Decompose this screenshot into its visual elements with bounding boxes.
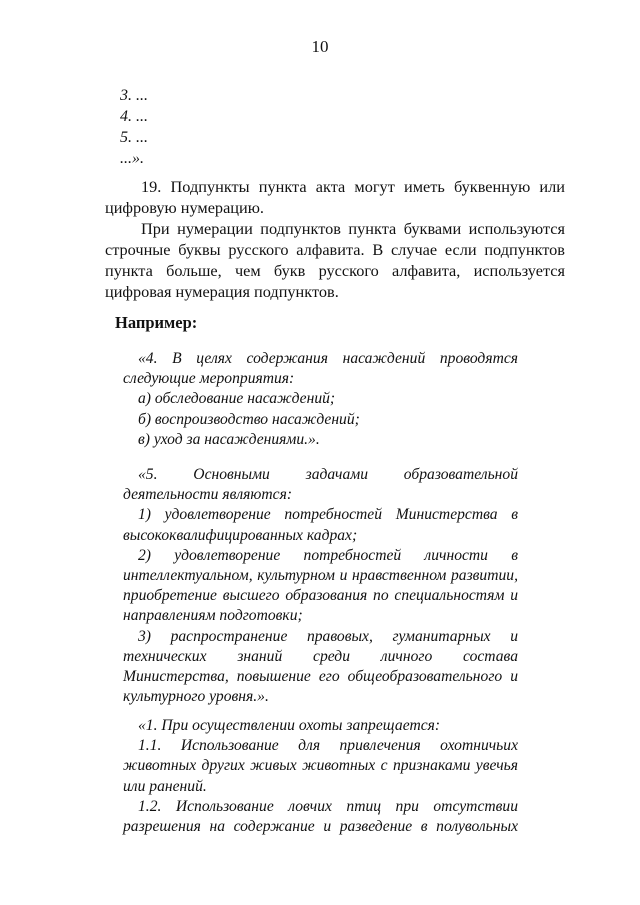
example-heading: Например: — [115, 313, 197, 333]
example-item: 1) удовлетворение потребностей Министерс… — [123, 505, 518, 545]
section-19: 19. Подпункты пункта акта могут иметь бу… — [105, 176, 565, 302]
example-item: а) обследование насаждений; — [123, 389, 518, 409]
example-intro: «5. Основными задачами образовательной д… — [123, 465, 518, 505]
list-continuation: 3. ... 4. ... 5. ... ...». — [120, 85, 148, 169]
list-item: 4. ... — [120, 106, 148, 127]
example-item: в) уход за насаждениями.». — [123, 430, 518, 450]
example-1: «4. В целях содержания насаждений провод… — [123, 349, 518, 450]
example-2: «5. Основными задачами образовательной д… — [123, 465, 518, 707]
list-item: 3. ... — [120, 85, 148, 106]
list-item: ...». — [120, 148, 148, 169]
paragraph: 19. Подпункты пункта акта могут иметь бу… — [105, 176, 565, 218]
example-item: 3) распространение правовых, гуманитарны… — [123, 627, 518, 708]
example-item: 2) удовлетворение потребностей личности … — [123, 546, 518, 627]
paragraph: При нумерации подпунктов пункта буквами … — [105, 218, 565, 302]
example-item: б) воспроизводство насаждений; — [123, 410, 518, 430]
example-3: «1. При осуществлении охоты запрещается:… — [123, 716, 518, 837]
example-item: 1.1. Использование для привлечения охотн… — [123, 736, 518, 797]
list-item: 5. ... — [120, 127, 148, 148]
page-number: 10 — [0, 37, 640, 57]
example-item: 1.2. Использование ловчих птиц при отсут… — [123, 797, 518, 837]
example-intro: «1. При осуществлении охоты запрещается: — [123, 716, 518, 736]
document-page: 10 3. ... 4. ... 5. ... ...». 19. Подпун… — [0, 0, 640, 905]
example-intro: «4. В целях содержания насаждений провод… — [123, 349, 518, 389]
